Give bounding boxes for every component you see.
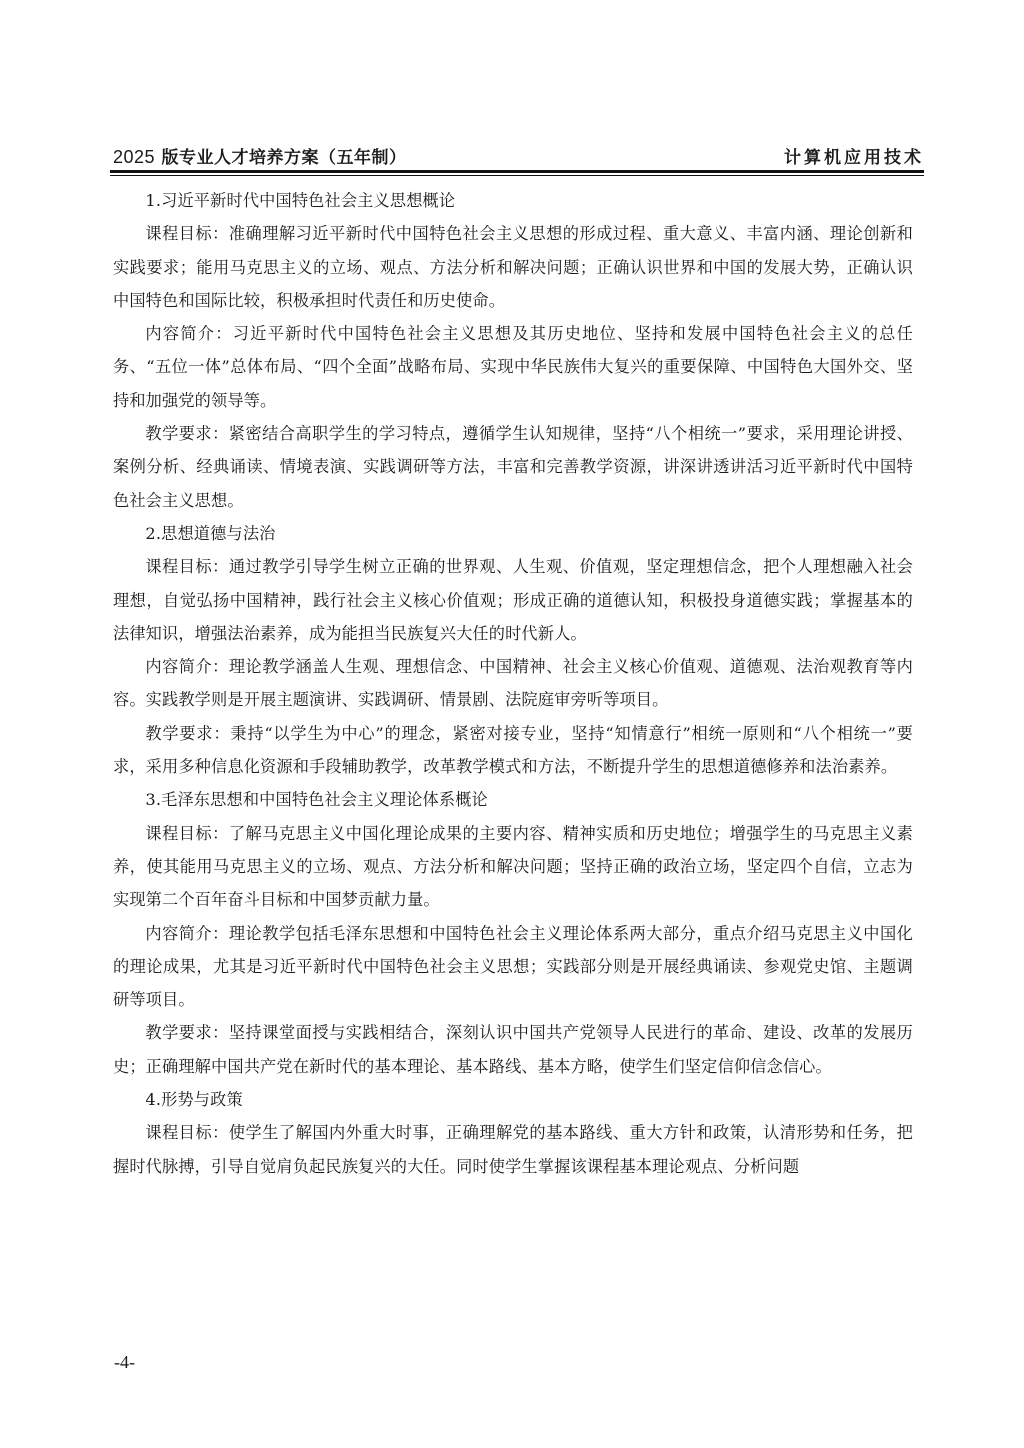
course-objective: 课程目标：通过教学引导学生树立正确的世界观、人生观、价值观，坚定理想信念，把个人… <box>113 550 913 650</box>
document-year: 2025 <box>113 147 155 167</box>
course-content: 内容简介：理论教学包括毛泽东思想和中国特色社会主义理论体系两大部分，重点介绍马克… <box>113 917 913 1017</box>
course-objective: 课程目标：使学生了解国内外重大时事，正确理解党的基本路线、重大方针和政策，认清形… <box>113 1116 913 1183</box>
course-section-4: 4.形势与政策 课程目标：使学生了解国内外重大时事，正确理解党的基本路线、重大方… <box>113 1083 913 1183</box>
program-name: 计算机应用技术 <box>784 143 924 168</box>
course-objective: 课程目标：准确理解习近平新时代中国特色社会主义思想的形成过程、重大意义、丰富内涵… <box>113 217 913 317</box>
course-content: 内容简介：习近平新时代中国特色社会主义思想及其历史地位、坚持和发展中国特色社会主… <box>113 317 913 417</box>
header-rule-thick <box>110 170 924 173</box>
course-section-1: 1.习近平新时代中国特色社会主义思想概论 课程目标：准确理解习近平新时代中国特色… <box>113 184 913 517</box>
course-objective: 课程目标：了解马克思主义中国化理论成果的主要内容、精神实质和历史地位；增强学生的… <box>113 817 913 917</box>
running-header: 2025 版专业人才培养方案（五年制） 计算机应用技术 <box>113 144 924 168</box>
course-title: 1.习近平新时代中国特色社会主义思想概论 <box>113 184 913 217</box>
course-section-2: 2.思想道德与法治 课程目标：通过教学引导学生树立正确的世界观、人生观、价值观，… <box>113 517 913 783</box>
course-requirements: 教学要求：秉持“以学生为中心”的理念，紧密对接专业，坚持“知情意行”相统一原则和… <box>113 717 913 784</box>
document-title-text: 版专业人才培养方案（五年制） <box>155 148 406 168</box>
course-requirements: 教学要求：坚持课堂面授与实践相结合，深刻认识中国共产党领导人民进行的革命、建设、… <box>113 1016 913 1083</box>
course-section-3: 3.毛泽东思想和中国特色社会主义理论体系概论 课程目标：了解马克思主义中国化理论… <box>113 783 913 1083</box>
course-requirements: 教学要求：紧密结合高职学生的学习特点，遵循学生认知规律，坚持“八个相统一”要求，… <box>113 417 913 517</box>
document-title: 2025 版专业人才培养方案（五年制） <box>113 143 406 168</box>
course-title: 2.思想道德与法治 <box>113 517 913 550</box>
course-content: 内容简介：理论教学涵盖人生观、理想信念、中国精神、社会主义核心价值观、道德观、法… <box>113 650 913 717</box>
document-body: 1.习近平新时代中国特色社会主义思想概论 课程目标：准确理解习近平新时代中国特色… <box>113 184 913 1183</box>
page-number: -4- <box>114 1352 135 1373</box>
course-title: 4.形势与政策 <box>113 1083 913 1116</box>
course-title: 3.毛泽东思想和中国特色社会主义理论体系概论 <box>113 783 913 816</box>
header-rule-thin <box>110 175 924 176</box>
